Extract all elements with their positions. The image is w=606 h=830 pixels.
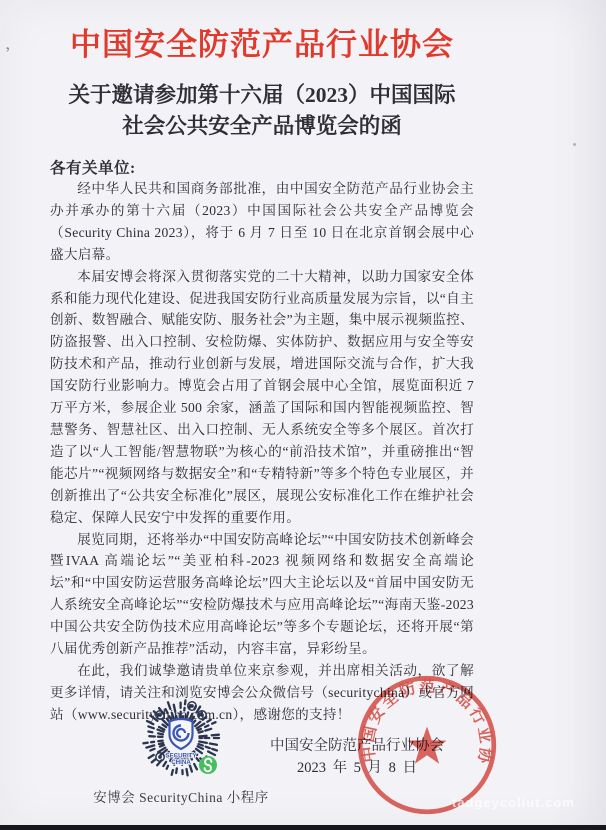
miniprogram-qr-code-icon: SECURITY CHINA	[139, 694, 223, 784]
miniprogram-caption: 安博会 SecurityChina 小程序	[72, 786, 290, 806]
document-title-line1: 关于邀请参加第十六届（2023）中国国际	[50, 80, 474, 111]
document-title-line2: 社会公共安全产品博览会的函	[50, 111, 474, 142]
qr-logo-text-china: CHINA	[171, 759, 191, 766]
salutation: 各有关单位:	[50, 156, 474, 178]
letter-content: 中国安全防范产品行业协会 关于邀请参加第十六届（2023）中国国际 社会公共安全…	[50, 0, 474, 726]
photo-watermark: tadgeycoliut.com	[452, 795, 602, 810]
paragraph-approval: 经中华人民共和国商务部批准，由中国安全防范产品行业协会主办并承办的第十六届（20…	[50, 178, 474, 266]
wechat-miniprogram-icon	[199, 756, 217, 774]
paragraph-expo-overview: 本届安博会将深入贯彻落实党的二十大精神，以助力国家安全体系和能力现代化建设、促进…	[50, 266, 474, 529]
miniprogram-block: SECURITY CHINA 安博会 SecurityChina 小程序	[72, 694, 290, 806]
scan-speck	[573, 143, 576, 146]
scan-artifact: ,	[4, 34, 11, 54]
document-title: 关于邀请参加第十六届（2023）中国国际 社会公共安全产品博览会的函	[50, 80, 474, 142]
security-china-shield-icon	[170, 719, 193, 749]
organization-title: 中国安全防范产品行业协会	[50, 25, 474, 65]
paragraph-forums: 展览同期，还将举办“中国安防高峰论坛”“中国安防技术创新峰会暨IVAA 高端论坛…	[50, 529, 474, 660]
scanned-letter-page: , 中国安全防范产品行业协会 关于邀请参加第十六届（2023）中国国际 社会公共…	[0, 0, 606, 830]
scan-edge-bar	[0, 825, 606, 830]
stamp-star	[407, 727, 446, 764]
